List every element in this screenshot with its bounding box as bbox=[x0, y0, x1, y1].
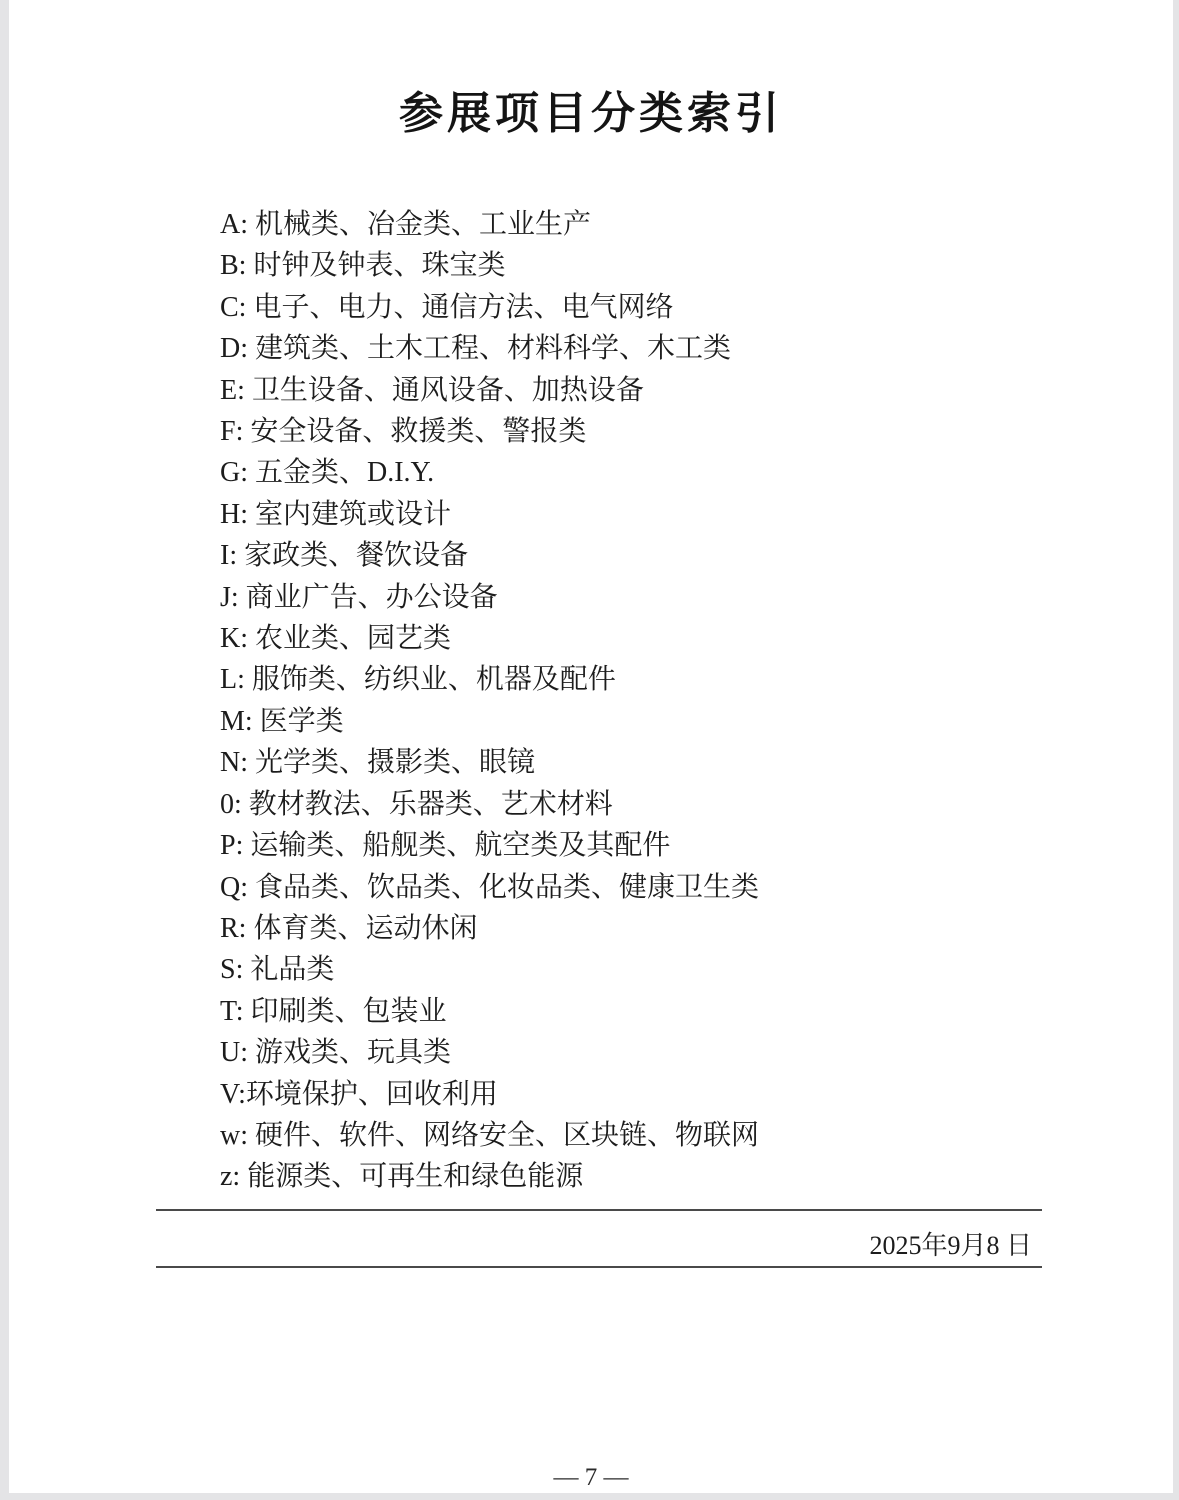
index-row: G: 五金类、D.I.Y. bbox=[220, 452, 1080, 493]
index-row: H: 室内建筑或设计 bbox=[220, 494, 1080, 535]
date-block: 2025年9月8 日 bbox=[156, 1209, 1042, 1268]
index-row: N: 光学类、摄影类、眼镜 bbox=[220, 742, 1080, 783]
page-title: 参展项目分类索引 bbox=[9, 77, 1173, 141]
index-row: F: 安全设备、救援类、警报类 bbox=[220, 411, 1080, 452]
index-row: V:环境保护、回收利用 bbox=[220, 1074, 1080, 1115]
scanned-document-page: { "page": { "title": "参展项目分类索引", "date":… bbox=[0, 0, 1179, 1500]
index-row: T: 印刷类、包装业 bbox=[220, 991, 1080, 1032]
index-row: S: 礼品类 bbox=[220, 949, 1080, 990]
index-row: 0: 教材教法、乐器类、艺术材料 bbox=[220, 784, 1080, 825]
document-date: 2025年9月8 日 bbox=[869, 1225, 1032, 1262]
index-row: z: 能源类、可再生和绿色能源 bbox=[220, 1156, 1080, 1197]
index-row: K: 农业类、园艺类 bbox=[220, 618, 1080, 659]
index-row: U: 游戏类、玩具类 bbox=[220, 1032, 1080, 1073]
page-number: — 7 — bbox=[9, 1464, 1173, 1492]
index-row: I: 家政类、餐饮设备 bbox=[220, 535, 1080, 576]
index-row: D: 建筑类、土木工程、材料科学、木工类 bbox=[220, 328, 1080, 369]
index-row: L: 服饰类、纺织业、机器及配件 bbox=[220, 659, 1080, 700]
index-row: Q: 食品类、饮品类、化妆品类、健康卫生类 bbox=[220, 867, 1080, 908]
index-row: M: 医学类 bbox=[220, 701, 1080, 742]
index-row: E: 卫生设备、通风设备、加热设备 bbox=[220, 370, 1080, 411]
index-row: R: 体育类、运动休闲 bbox=[220, 908, 1080, 949]
index-row: J: 商业广告、办公设备 bbox=[220, 577, 1080, 618]
index-row: P: 运输类、船舰类、航空类及其配件 bbox=[220, 825, 1080, 866]
page-sheet: 参展项目分类索引 A: 机械类、冶金类、工业生产B: 时钟及钟表、珠宝类C: 电… bbox=[9, 0, 1173, 1493]
index-row: B: 时钟及钟表、珠宝类 bbox=[220, 245, 1080, 286]
index-list: A: 机械类、冶金类、工业生产B: 时钟及钟表、珠宝类C: 电子、电力、通信方法… bbox=[220, 204, 1080, 1198]
index-row: A: 机械类、冶金类、工业生产 bbox=[220, 204, 1080, 245]
index-row: w: 硬件、软件、网络安全、区块链、物联网 bbox=[220, 1115, 1080, 1156]
index-row: C: 电子、电力、通信方法、电气网络 bbox=[220, 287, 1080, 328]
